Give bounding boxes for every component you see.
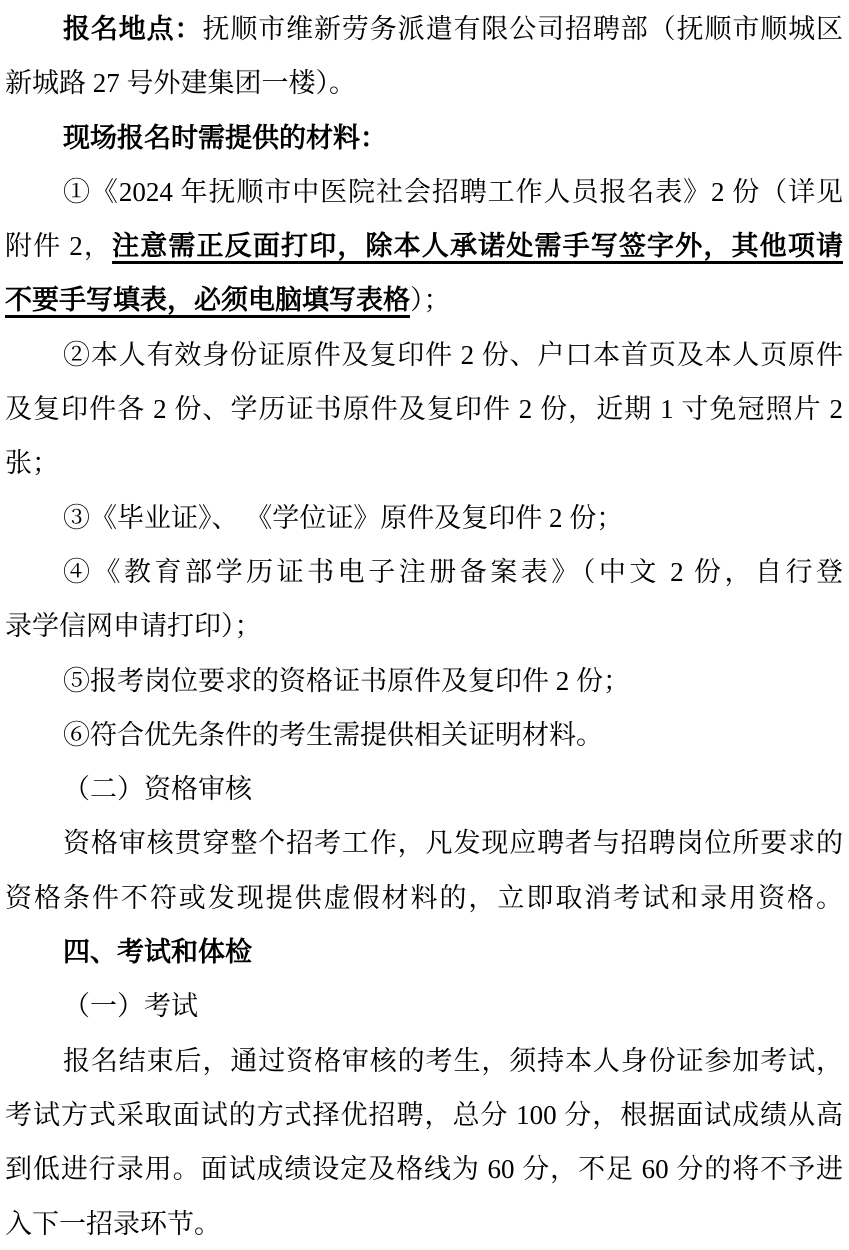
document-line: ③《毕业证》、 《学位证》原件及复印件 2 份； (5, 491, 843, 545)
body-text: 资格审核贯穿整个招考工作，凡发现应聘者与招聘岗位所要求的 (63, 828, 843, 858)
document-line: 报名结束后，通过资格审核的考生，须持本人身份证参加考试， (5, 1034, 843, 1088)
body-text: 及复印件各 2 份、学历证书原件及复印件 2 份，近期 1 寸免冠照片 2 (5, 394, 843, 424)
document-line: 四、考试和体检 (5, 925, 843, 979)
document-line: 附件 2，注意需正反面打印，除本人承诺处需手写签字外，其他项请 (5, 219, 843, 273)
body-text: ⑥符合优先条件的考生需提供相关证明材料。 (63, 720, 603, 750)
body-text: 资格条件不符或发现提供虚假材料的，立即取消考试和录用资格。 (5, 883, 843, 913)
document-line: ②本人有效身份证原件及复印件 2 份、户口本首页及本人页原件 (5, 328, 843, 382)
document-line: 录学信网申请打印）； (5, 599, 843, 653)
bold-heading-text: 报名地点： (63, 14, 202, 44)
underlined-emphasis-text: 注意需正反面打印，除本人承诺处需手写签字外，其他项请 (112, 231, 843, 261)
document-line: 张； (5, 436, 843, 490)
document-line: 入下一招录环节。 (5, 1197, 843, 1250)
body-text: 附件 2， (5, 231, 112, 261)
document-line: （一）考试 (5, 979, 843, 1033)
document-line: ①《2024 年抚顺市中医院社会招聘工作人员报名表》2 份（详见 (5, 165, 843, 219)
body-text: ）； (410, 285, 451, 315)
body-text: ⑤报考岗位要求的资格证书原件及复印件 2 份； (63, 666, 630, 696)
document-line: 资格条件不符或发现提供虚假材料的，立即取消考试和录用资格。 (5, 871, 843, 925)
document-page: 报名地点：抚顺市维新劳务派遣有限公司招聘部（抚顺市顺城区新城路 27 号外建集团… (0, 0, 849, 1250)
body-text: 报名结束后，通过资格审核的考生，须持本人身份证参加考试， (63, 1046, 843, 1076)
document-line: 及复印件各 2 份、学历证书原件及复印件 2 份，近期 1 寸免冠照片 2 (5, 382, 843, 436)
document-line: 不要手写填表，必须电脑填写表格）； (5, 273, 843, 327)
document-body: 报名地点：抚顺市维新劳务派遣有限公司招聘部（抚顺市顺城区新城路 27 号外建集团… (5, 2, 843, 1250)
body-text: ②本人有效身份证原件及复印件 2 份、户口本首页及本人页原件 (63, 340, 843, 370)
body-text: （一）考试 (63, 991, 198, 1021)
body-text: 新城路 27 号外建集团一楼）。 (5, 68, 356, 98)
bold-heading-text: 四、考试和体检 (63, 937, 252, 967)
document-line: 新城路 27 号外建集团一楼）。 (5, 56, 843, 110)
underlined-emphasis-text: 不要手写填表，必须电脑填写表格 (5, 285, 410, 315)
body-text: （二）资格审核 (63, 774, 252, 804)
body-text: ③《毕业证》、 《学位证》原件及复印件 2 份； (63, 503, 623, 533)
bold-heading-text: 现场报名时需提供的材料： (63, 123, 387, 153)
document-line: ④《教育部学历证书电子注册备案表》（中文 2 份，自行登 (5, 545, 843, 599)
document-line: （二）资格审核 (5, 762, 843, 816)
body-text: 录学信网申请打印）； (5, 611, 262, 641)
body-text: 入下一招录环节。 (5, 1209, 221, 1239)
document-line: 到低进行录用。面试成绩设定及格线为 60 分，不足 60 分的将不予进 (5, 1142, 843, 1196)
body-text: 抚顺市维新劳务派遣有限公司招聘部（抚顺市顺城区 (202, 14, 843, 44)
document-line: 报名地点：抚顺市维新劳务派遣有限公司招聘部（抚顺市顺城区 (5, 2, 843, 56)
body-text: ④《教育部学历证书电子注册备案表》（中文 2 份，自行登 (63, 557, 843, 587)
body-text: 考试方式采取面试的方式择优招聘，总分 100 分，根据面试成绩从高 (5, 1100, 843, 1130)
document-line: ⑥符合优先条件的考生需提供相关证明材料。 (5, 708, 843, 762)
body-text: ①《2024 年抚顺市中医院社会招聘工作人员报名表》2 份（详见 (63, 177, 843, 207)
document-line: 现场报名时需提供的材料： (5, 111, 843, 165)
document-line: ⑤报考岗位要求的资格证书原件及复印件 2 份； (5, 654, 843, 708)
body-text: 张； (5, 448, 59, 478)
document-line: 考试方式采取面试的方式择优招聘，总分 100 分，根据面试成绩从高 (5, 1088, 843, 1142)
body-text: 到低进行录用。面试成绩设定及格线为 60 分，不足 60 分的将不予进 (5, 1154, 843, 1184)
document-line: 资格审核贯穿整个招考工作，凡发现应聘者与招聘岗位所要求的 (5, 816, 843, 870)
